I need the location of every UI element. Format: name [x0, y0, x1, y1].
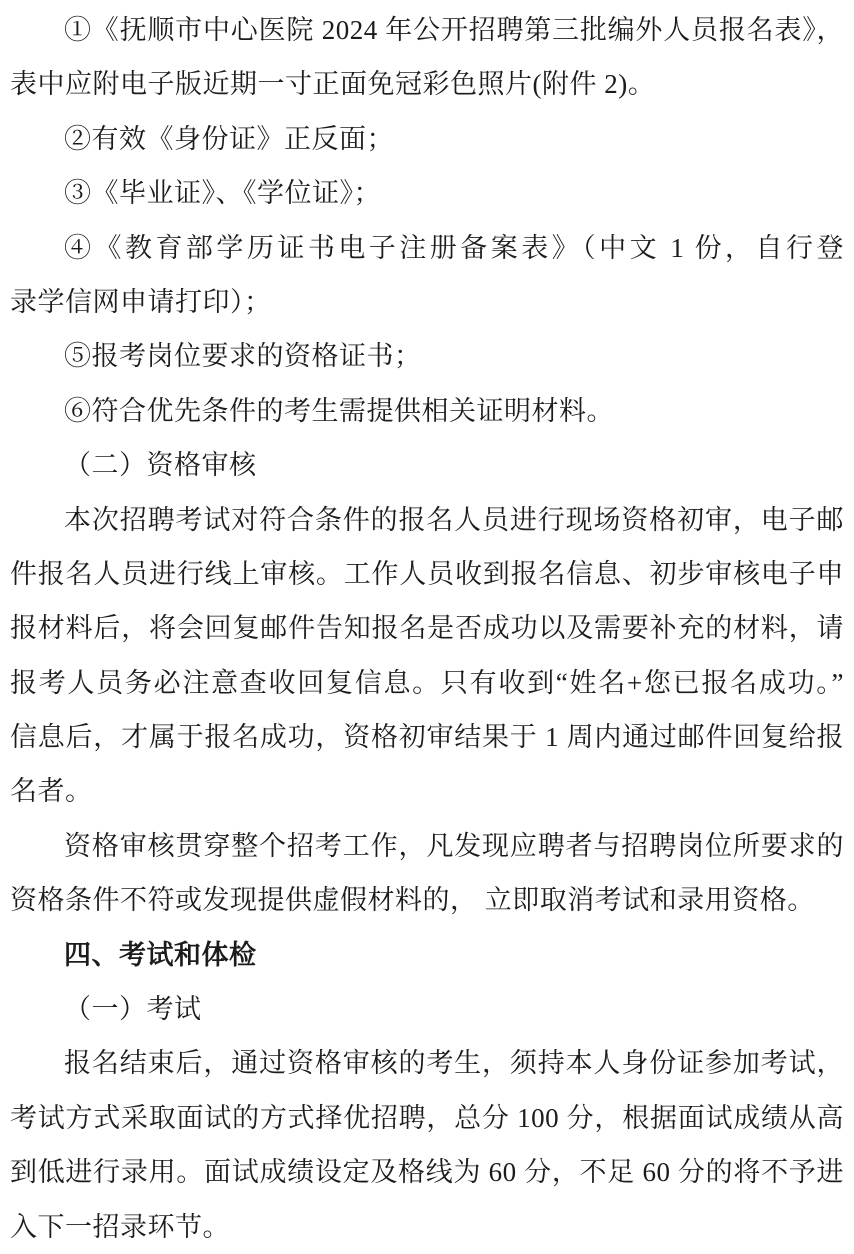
list-item-2: ②有效《身份证》正反面；	[10, 112, 844, 166]
paragraph-exam-line-3: 到低进行录用。面试成绩设定及格线为 60 分，不足 60 分的将不予进	[10, 1145, 844, 1199]
paragraph-exam-line-1: 报名结束后，通过资格审核的考生，须持本人身份证参加考试，	[10, 1036, 844, 1090]
document-page: ①《抚顺市中心医院 2024 年公开招聘第三批编外人员报名表》， 表中应附电子版…	[0, 0, 854, 1254]
paragraph-review-line-6: 名者。	[10, 764, 844, 818]
paragraph-review-line-1: 本次招聘考试对符合条件的报名人员进行现场资格初审，电子邮	[10, 493, 844, 547]
paragraph-disqualify-line-1: 资格审核贯穿整个招考工作，凡发现应聘者与招聘岗位所要求的	[10, 819, 844, 873]
list-item-3: ③《毕业证》、《学位证》；	[10, 166, 844, 220]
list-item-4-line-2: 录学信网申请打印）；	[10, 275, 844, 329]
list-item-1-line-2: 表中应附电子版近期一寸正面免冠彩色照片(附件 2)。	[10, 57, 844, 111]
paragraph-review-line-2: 件报名人员进行线上审核。工作人员收到报名信息、初步审核电子申	[10, 547, 844, 601]
paragraph-review-line-5: 信息后，才属于报名成功，资格初审结果于 1 周内通过邮件回复给报	[10, 710, 844, 764]
paragraph-exam-line-4: 入下一招录环节。	[10, 1200, 844, 1254]
list-item-5: ⑤报考岗位要求的资格证书；	[10, 329, 844, 383]
subsection-heading-exam: （一）考试	[10, 982, 844, 1036]
list-item-6: ⑥符合优先条件的考生需提供相关证明材料。	[10, 384, 844, 438]
section-heading-exam-and-physical: 四、考试和体检	[10, 928, 844, 982]
list-item-1-line-1: ①《抚顺市中心医院 2024 年公开招聘第三批编外人员报名表》，	[10, 3, 844, 57]
paragraph-review-line-3: 报材料后，将会回复邮件告知报名是否成功以及需要补充的材料，请	[10, 601, 844, 655]
paragraph-review-line-4: 报考人员务必注意查收回复信息。只有收到“姓名+您已报名成功。”	[10, 656, 844, 710]
list-item-4-line-1: ④《教育部学历证书电子注册备案表》（中文 1 份，自行登	[10, 221, 844, 275]
paragraph-disqualify-line-2: 资格条件不符或发现提供虚假材料的， 立即取消考试和录用资格。	[10, 873, 844, 927]
subsection-heading-qualification-review: （二）资格审核	[10, 438, 844, 492]
paragraph-exam-line-2: 考试方式采取面试的方式择优招聘，总分 100 分，根据面试成绩从高	[10, 1091, 844, 1145]
